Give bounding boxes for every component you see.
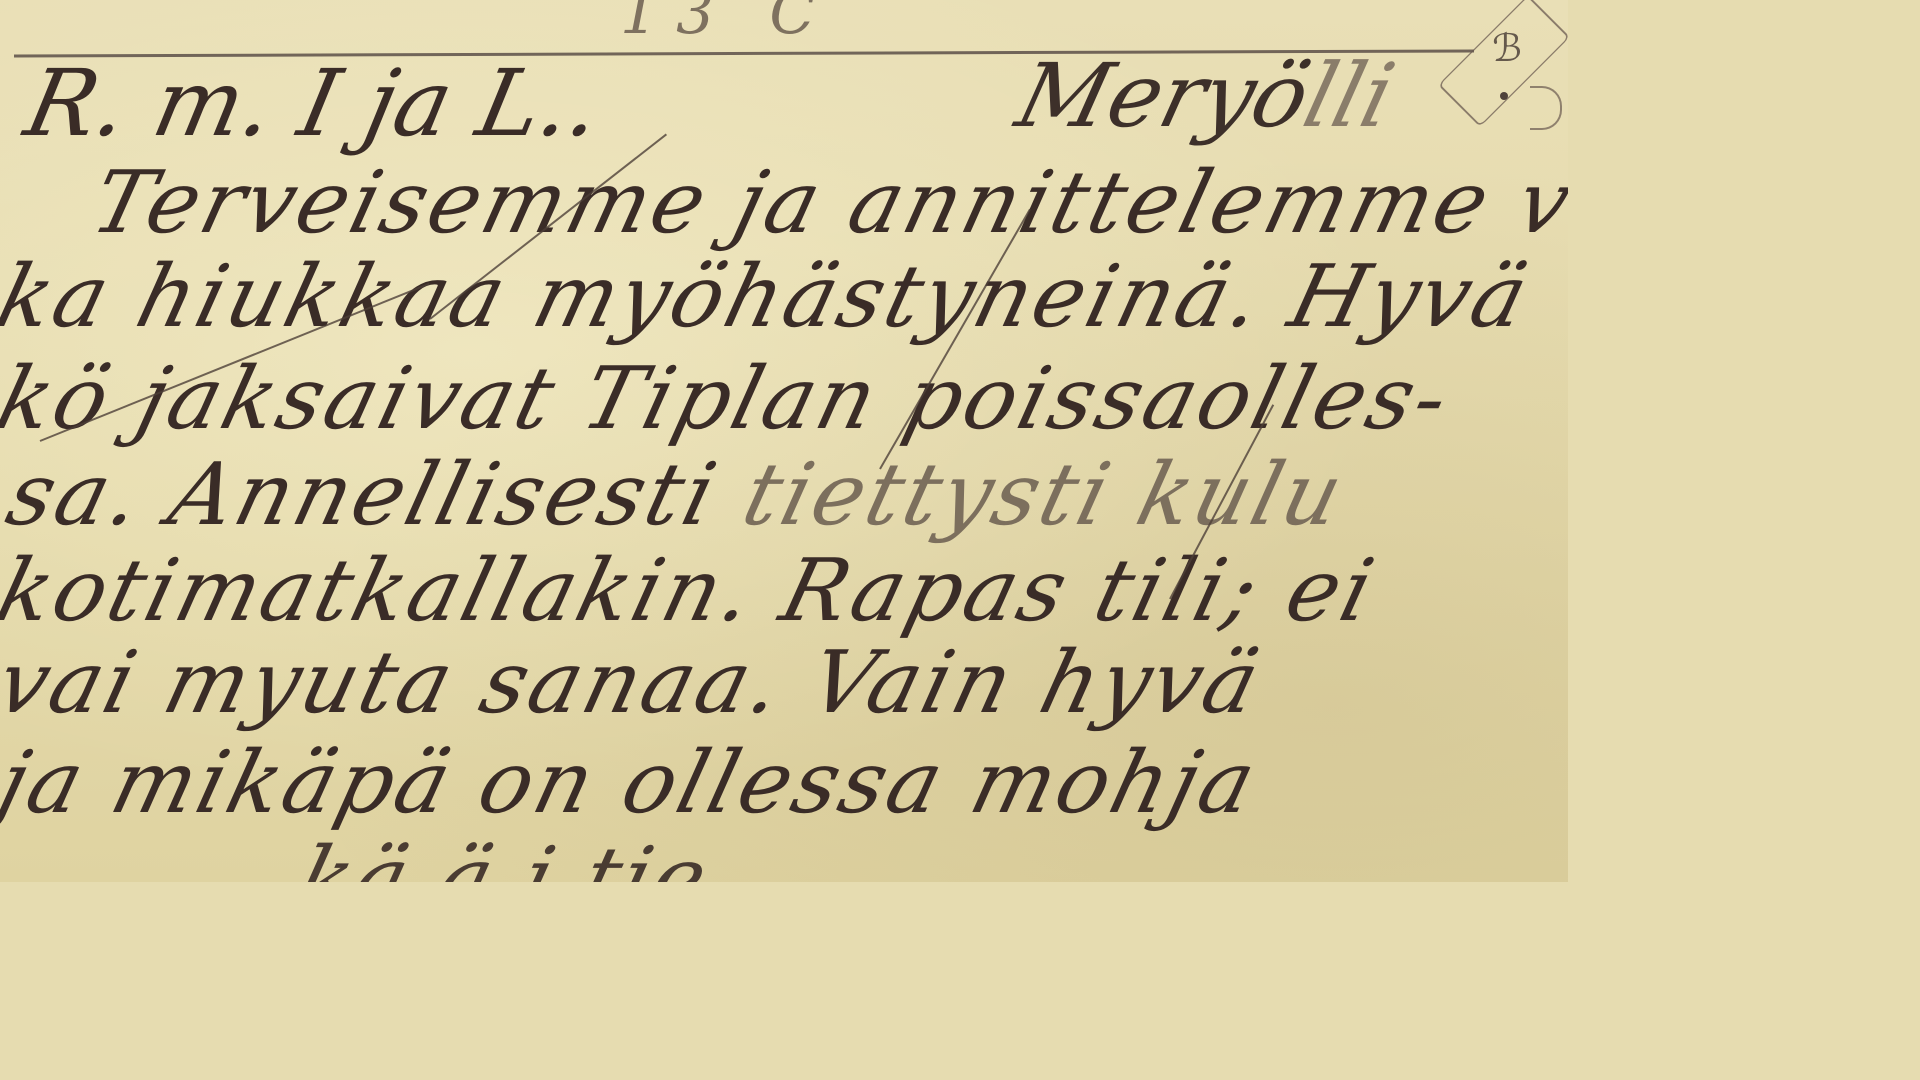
letter-page: 13 C ℬ R. m. I ja L.. Meryölli Terveisem…	[0, 0, 1568, 882]
line-text: sa. Annellisesti	[0, 445, 758, 545]
line-text: kö jaksaivat Tiplan poissaolles-	[0, 349, 1461, 449]
salutation: R. m. I ja L..	[18, 58, 609, 150]
ornament-dot	[1500, 92, 1508, 100]
letter-line-1: Terveisemme ja annittelemme vaik-	[84, 160, 1568, 246]
line-text: vai myuta sanaa. Vain hyvä	[0, 633, 1271, 733]
line-text: ja mikäpä on ollessa mohja	[0, 733, 1268, 833]
ornament-curl	[1530, 86, 1562, 130]
line-text: kä ä i tie	[288, 829, 720, 882]
monogram-icon: ℬ	[1492, 26, 1522, 70]
letter-line-6: vai myuta sanaa. Vain hyvä	[0, 640, 1270, 726]
letter-line-5: kotimatkallakin. Rapas tili; ei	[0, 548, 1384, 634]
line-text: Terveisemme ja annittelemme vaik-	[83, 153, 1568, 253]
place-name: Meryölli	[1009, 52, 1402, 140]
letter-line-7: ja mikäpä on ollessa mohja	[0, 740, 1266, 826]
letter-line-4: sa. Annellisesti tiettysti kulu	[0, 452, 1353, 538]
letter-line-8-cropped: kä ä i tie	[289, 836, 718, 882]
top-margin-marks: 13 C	[620, 0, 833, 48]
line-text: kotimatkallakin. Rapas tili; ei	[0, 541, 1386, 641]
line-text-faded: tiettysti kulu	[733, 445, 1355, 545]
line-text: ka hiukkaa myöhästyneinä. Hyvä	[0, 247, 1540, 347]
place-name-text: Meryö	[1007, 44, 1320, 147]
letter-line-2: ka hiukkaa myöhästyneinä. Hyvä	[0, 254, 1538, 340]
